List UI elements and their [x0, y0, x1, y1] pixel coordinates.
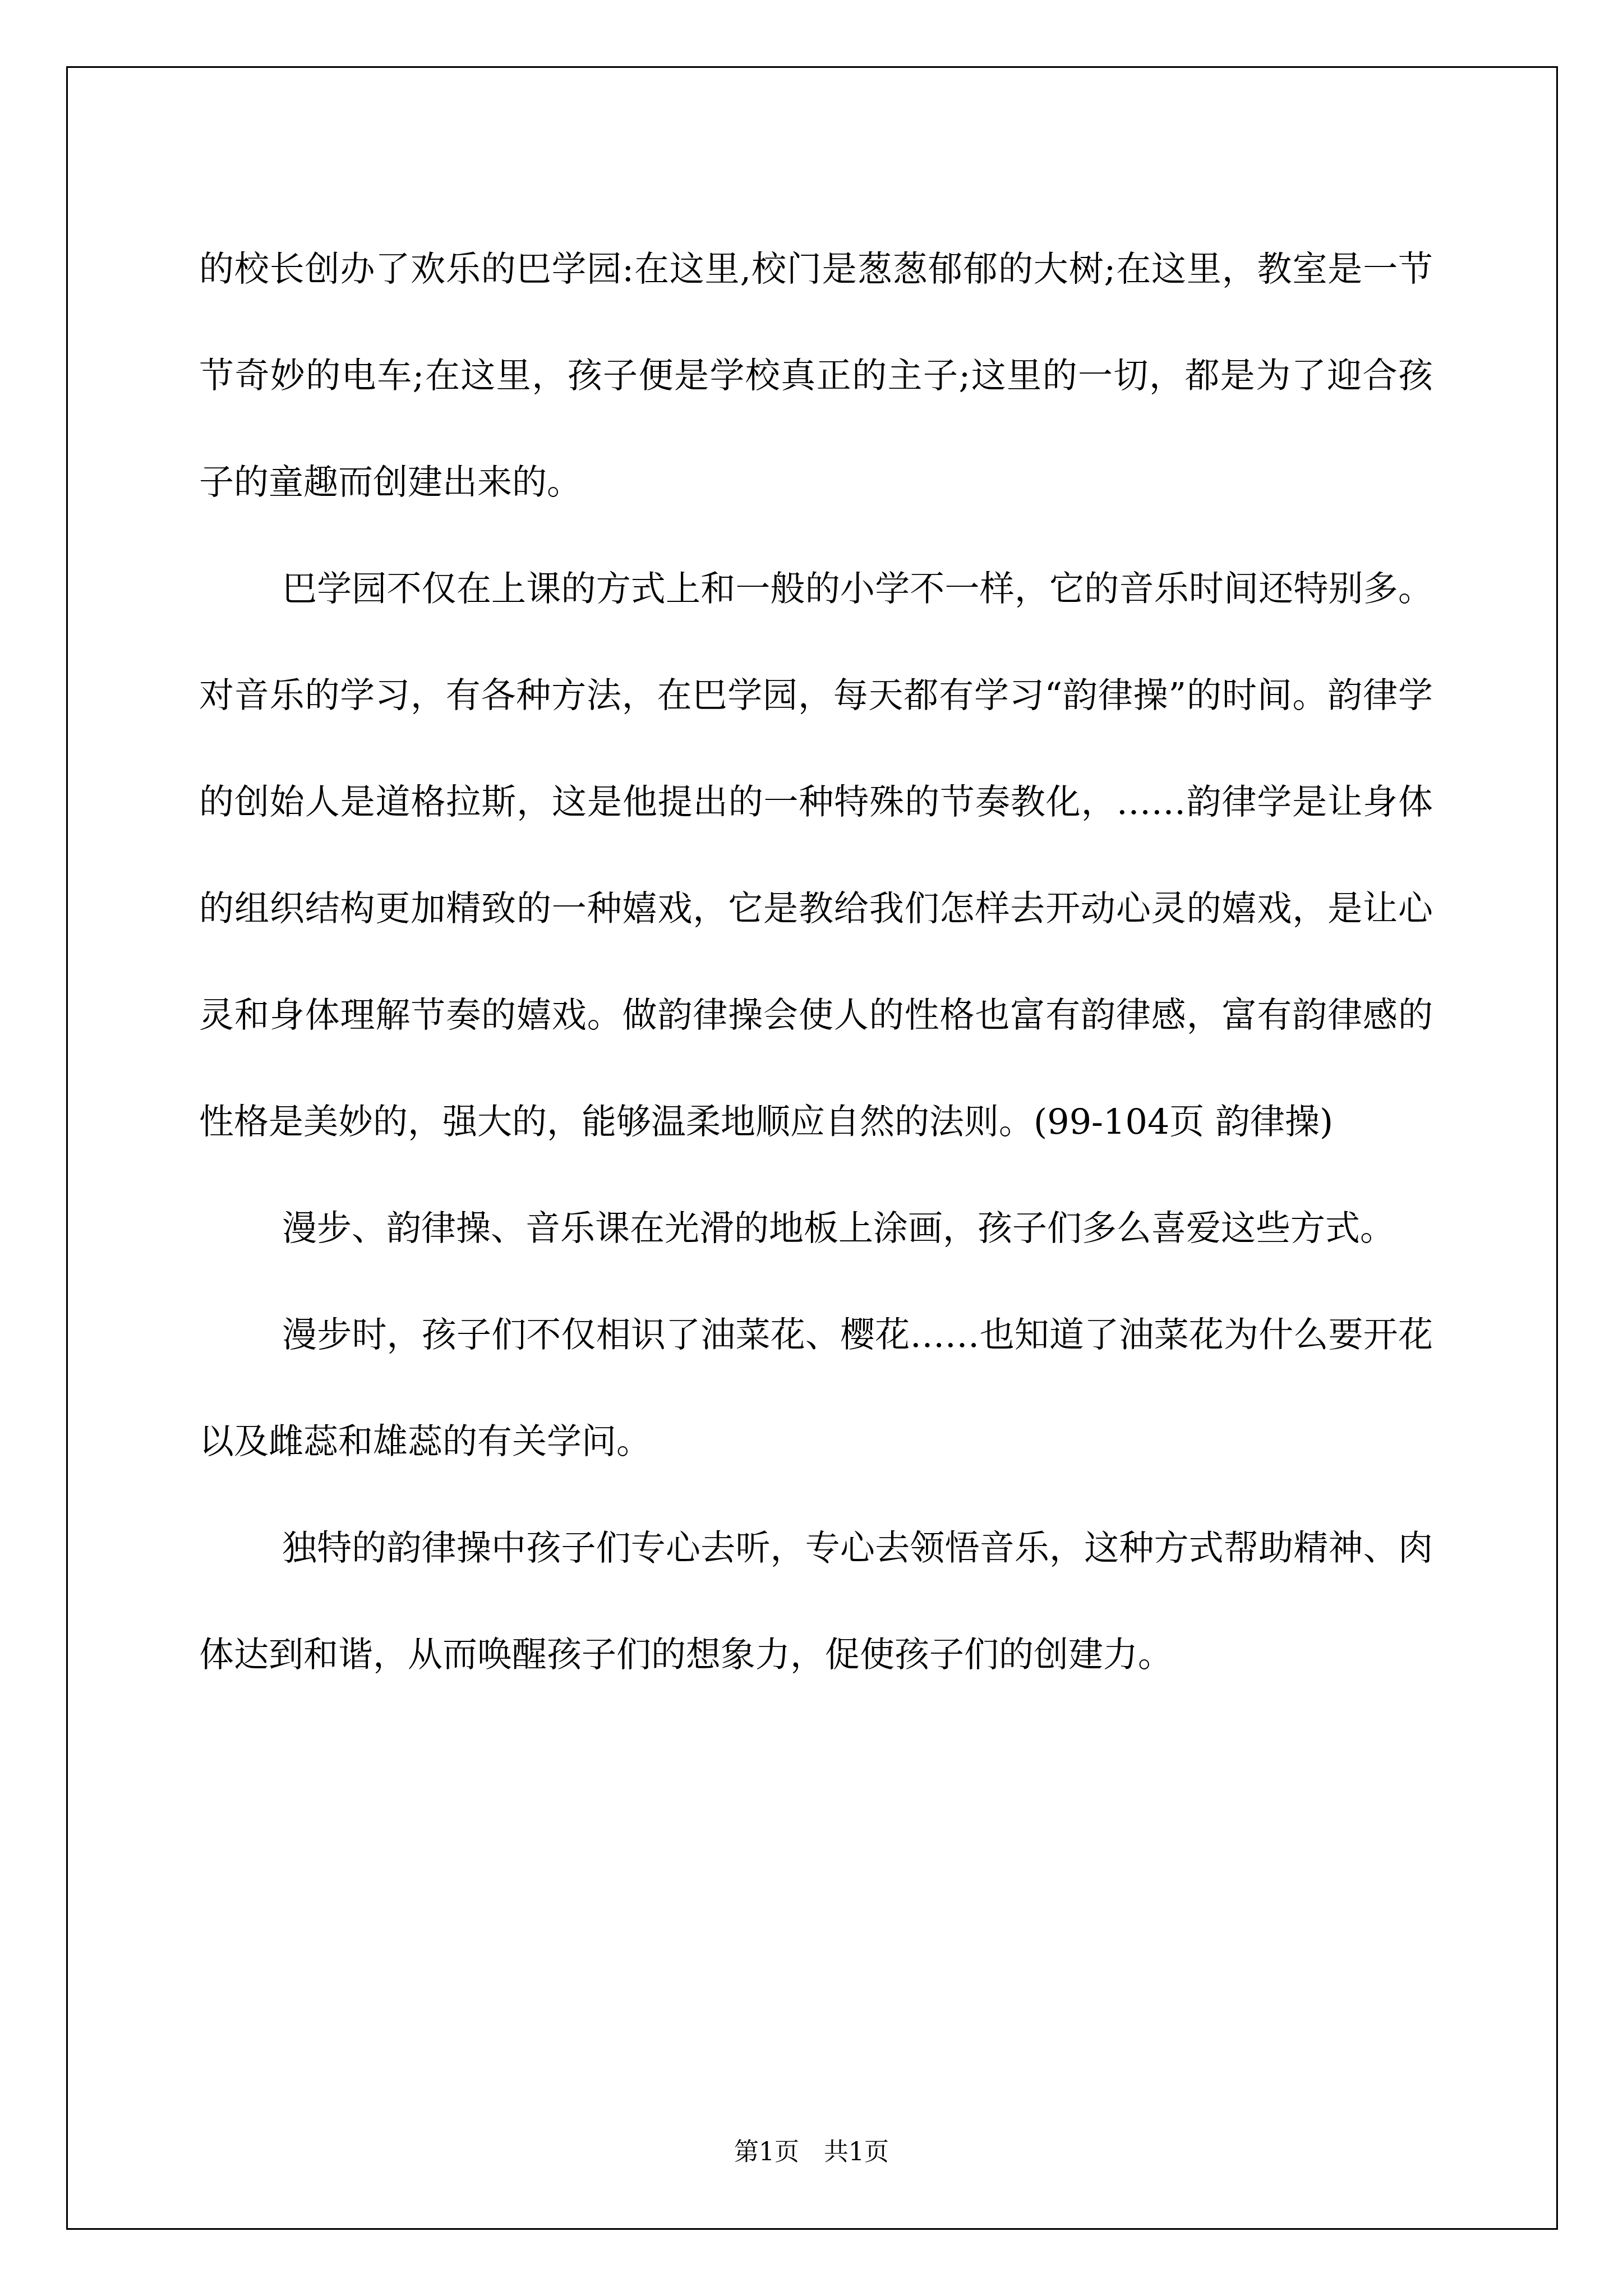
page-footer: 第1页共1页 — [0, 2132, 1623, 2168]
current-page-label: 第1页 — [734, 2138, 799, 2166]
paragraph-1: 的校长创办了欢乐的巴学园:在这里,校门是葱葱郁郁的大树;在这里，教室是一节节奇妙… — [199, 216, 1433, 536]
total-pages-label: 共1页 — [824, 2138, 889, 2166]
document-body: 的校长创办了欢乐的巴学园:在这里,校门是葱葱郁郁的大树;在这里，教室是一节节奇妙… — [199, 216, 1433, 1708]
paragraph-4: 漫步时，孩子们不仅相识了油菜花、樱花……也知道了油菜花为什么要开花以及雌蕊和雄蕊… — [199, 1282, 1433, 1495]
paragraph-2: 巴学园不仅在上课的方式上和一般的小学不一样，它的音乐时间还特别多。对音乐的学习，… — [199, 536, 1433, 1175]
paragraph-5: 独特的韵律操中孩子们专心去听，专心去领悟音乐，这种方式帮助精神、肉体达到和谐，从… — [199, 1495, 1433, 1708]
paragraph-3: 漫步、韵律操、音乐课在光滑的地板上涂画，孩子们多么喜爱这些方式。 — [199, 1175, 1433, 1282]
